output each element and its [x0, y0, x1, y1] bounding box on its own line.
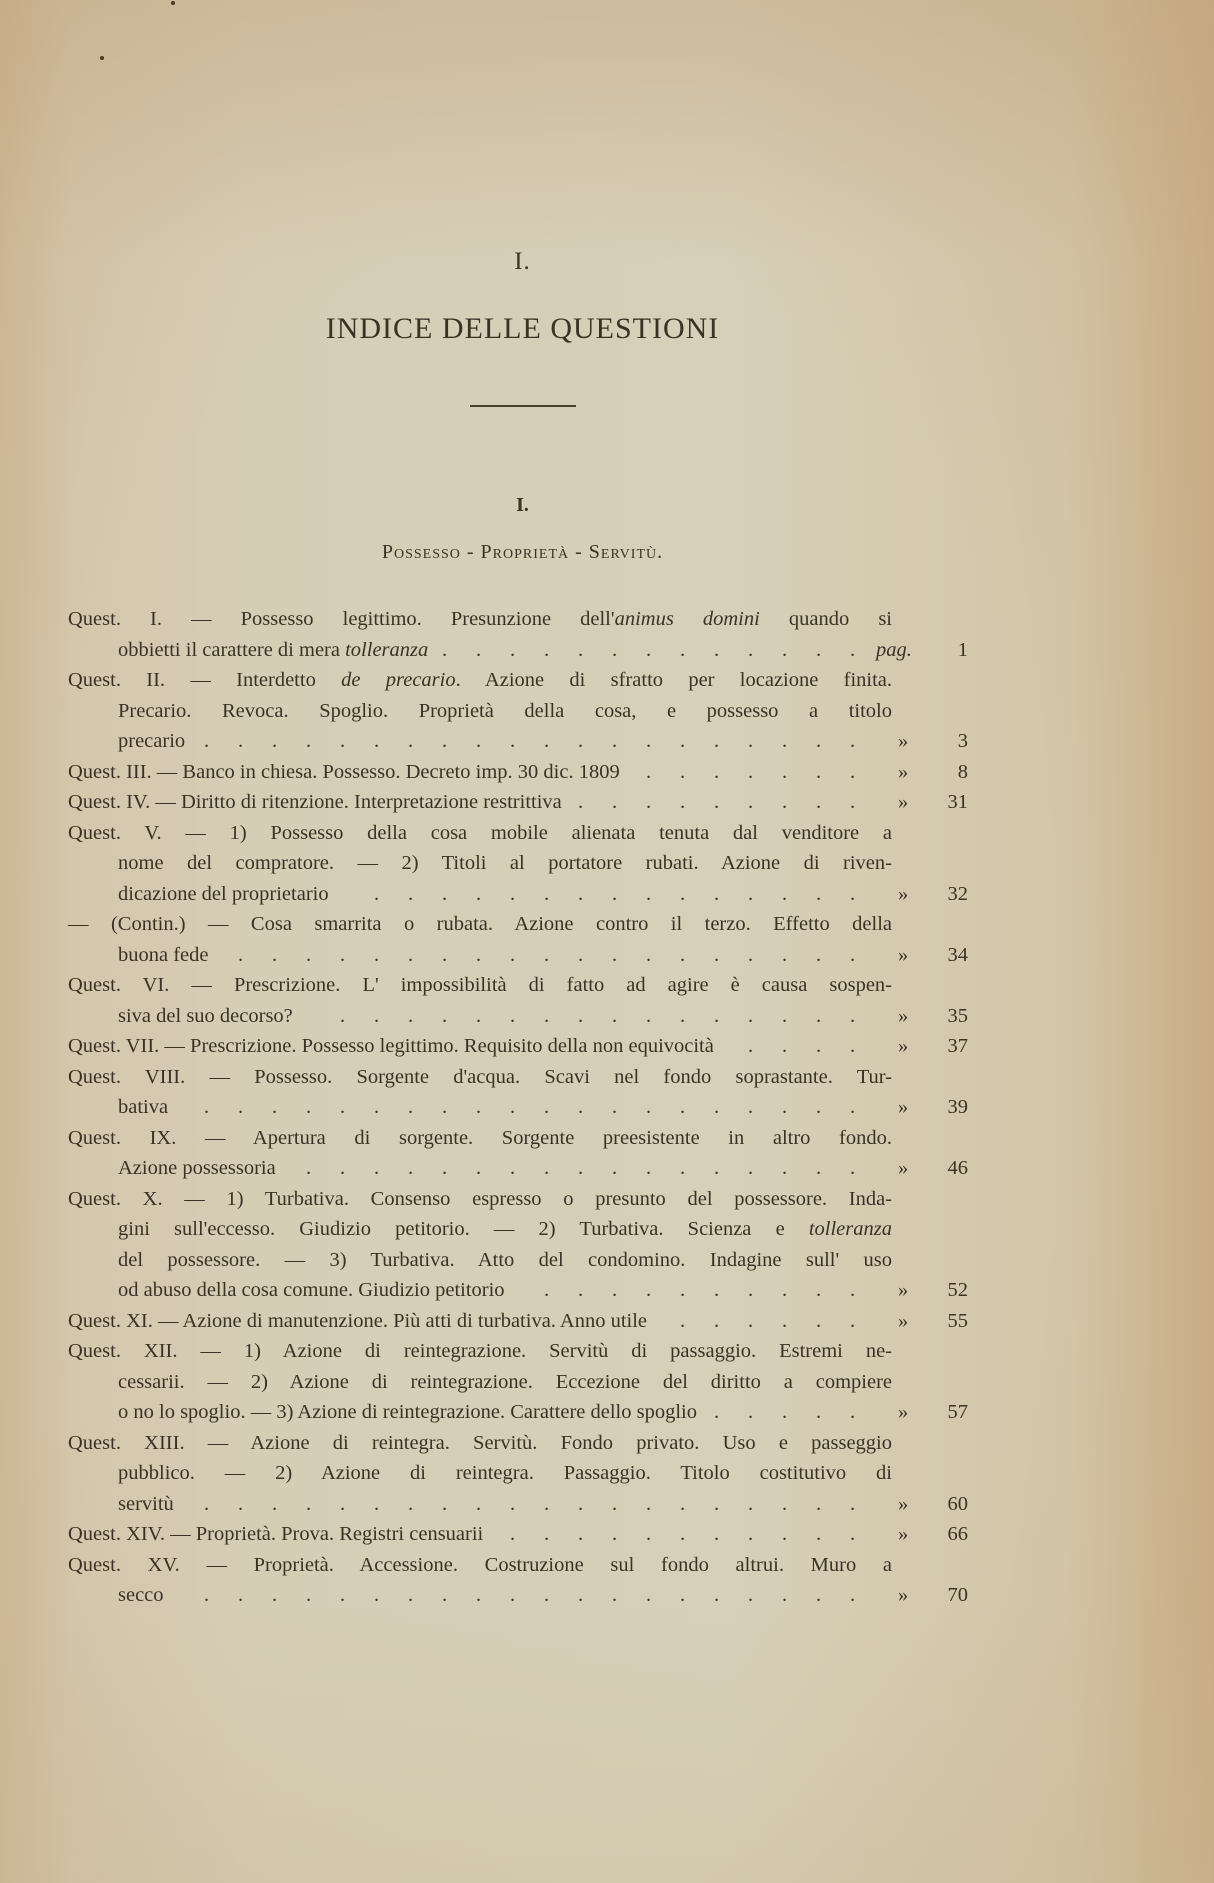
toc-entry-text: siva del suo decorso? — [118, 1001, 293, 1032]
page-number: 55 — [888, 1306, 968, 1337]
toc-entry-line: nome del compratore. — 2) Titoli al port… — [68, 848, 968, 879]
toc-entry-text: bativa — [118, 1092, 168, 1123]
toc-entry-line: od abuso della cosa comune. Giudizio pet… — [68, 1275, 968, 1306]
toc-entry-line: Precario. Revoca. Spoglio. Proprietà del… — [68, 696, 968, 727]
toc-entry-line: siva del suo decorso?................»35 — [68, 1001, 968, 1032]
page-number: 3 — [888, 726, 968, 757]
toc-entry-text: Quest. X. — 1) Turbativa. Consenso espre… — [68, 1184, 892, 1215]
page-number: 34 — [888, 940, 968, 971]
toc-entry-text: od abuso della cosa comune. Giudizio pet… — [118, 1275, 505, 1306]
toc-entry-text: servitù — [118, 1489, 174, 1520]
toc-entry-line: Azione possessoria.................»46 — [68, 1153, 968, 1184]
toc-entry-text: Quest. II. — Interdetto de precario. Azi… — [68, 665, 892, 696]
toc-entry-text: — (Contin.) — Cosa smarrita o rubata. Az… — [68, 909, 892, 940]
title-divider — [470, 405, 576, 407]
toc-entry-line: secco....................»70 — [68, 1580, 968, 1611]
toc-entry-line: Quest. XI. — Azione di manutenzione. Più… — [68, 1306, 968, 1337]
ink-speck — [171, 1, 175, 5]
toc-entry-text: buona fede — [118, 940, 209, 971]
toc-entry-line: Quest. IX. — Apertura di sorgente. Sorge… — [68, 1123, 968, 1154]
page-number: 32 — [888, 879, 968, 910]
toc-entry-text: Precario. Revoca. Spoglio. Proprietà del… — [118, 696, 892, 727]
toc-entry-text: cessarii. — 2) Azione di reintegrazione.… — [118, 1367, 892, 1398]
toc-entry-text: Quest. VII. — Prescrizione. Possesso leg… — [68, 1031, 714, 1062]
toc-entry-line: bativa....................»39 — [68, 1092, 968, 1123]
toc-entry-line: Quest. I. — Possesso legittimo. Presunzi… — [68, 604, 968, 635]
ink-speck — [100, 56, 104, 60]
toc-entry-text: gini sull'eccesso. Giudizio petitorio. —… — [118, 1214, 892, 1245]
toc-entry-line: Quest. XV. — Proprietà. Accessione. Cost… — [68, 1550, 968, 1581]
toc-entry-text: o no lo spoglio. — 3) Azione di reintegr… — [118, 1397, 697, 1428]
toc-entry-text: nome del compratore. — 2) Titoli al port… — [118, 848, 892, 879]
toc-entry-text: Quest. V. — 1) Possesso della cosa mobil… — [68, 818, 892, 849]
toc-entry-text: Quest. III. — Banco in chiesa. Possesso.… — [68, 757, 620, 788]
toc-entry-line: obbietti il carattere di mera tolleranza… — [68, 635, 968, 666]
section-title: Possesso - Proprietà - Servitù. — [0, 541, 1045, 564]
toc-entry-line: precario....................»3 — [68, 726, 968, 757]
toc-entry-line: buona fede...................»34 — [68, 940, 968, 971]
toc-entry-line: Quest. VIII. — Possesso. Sorgente d'acqu… — [68, 1062, 968, 1093]
toc-entry-text: secco — [118, 1580, 164, 1611]
chapter-numeral: I. — [0, 248, 1045, 276]
toc-entry-text: Quest. XV. — Proprietà. Accessione. Cost… — [68, 1550, 892, 1581]
toc-entry-line: dicazione del proprietario..............… — [68, 879, 968, 910]
toc-entry-text: Quest. IX. — Apertura di sorgente. Sorge… — [68, 1123, 892, 1154]
toc-entry-line: del possessore. — 3) Turbativa. Atto del… — [68, 1245, 968, 1276]
page-number: 37 — [888, 1031, 968, 1062]
toc-entry-text: Quest. XIII. — Azione di reintegra. Serv… — [68, 1428, 892, 1459]
section-numeral: I. — [0, 494, 1045, 517]
toc-entry-text: del possessore. — 3) Turbativa. Atto del… — [118, 1245, 892, 1276]
toc-entry-line: Quest. II. — Interdetto de precario. Azi… — [68, 665, 968, 696]
toc-entry-text: dicazione del proprietario — [118, 879, 329, 910]
toc-entry-line: Quest. XIII. — Azione di reintegra. Serv… — [68, 1428, 968, 1459]
toc-entry-text: Azione possessoria — [118, 1153, 276, 1184]
toc-entry-text: Quest. XIV. — Proprietà. Prova. Registri… — [68, 1519, 483, 1550]
toc-entry-line: Quest. XII. — 1) Azione di reintegrazion… — [68, 1336, 968, 1367]
page-number: 39 — [888, 1092, 968, 1123]
page-number: 1 — [888, 635, 968, 666]
toc-entry-text: Quest. XII. — 1) Azione di reintegrazion… — [68, 1336, 892, 1367]
table-of-contents: Quest. I. — Possesso legittimo. Presunzi… — [68, 604, 968, 1611]
toc-entry-line: servitù....................»60 — [68, 1489, 968, 1520]
toc-entry-text: pubblico. — 2) Azione di reintegra. Pass… — [118, 1458, 892, 1489]
toc-entry-text: obbietti il carattere di mera tolleranza — [118, 635, 428, 666]
page-number: 66 — [888, 1519, 968, 1550]
toc-entry-line: pubblico. — 2) Azione di reintegra. Pass… — [68, 1458, 968, 1489]
scanned-book-page: I. INDICE DELLE QUESTIONI I. Possesso - … — [0, 0, 1214, 1883]
toc-entry-line: Quest. IV. — Diritto di ritenzione. Inte… — [68, 787, 968, 818]
toc-entry-line: cessarii. — 2) Azione di reintegrazione.… — [68, 1367, 968, 1398]
page-number: 35 — [888, 1001, 968, 1032]
page-number: 60 — [888, 1489, 968, 1520]
toc-entry-line: Quest. V. — 1) Possesso della cosa mobil… — [68, 818, 968, 849]
toc-entry-text: Quest. VIII. — Possesso. Sorgente d'acqu… — [68, 1062, 892, 1093]
page-number: 8 — [888, 757, 968, 788]
toc-entry-line: Quest. III. — Banco in chiesa. Possesso.… — [68, 757, 968, 788]
toc-entry-line: Quest. X. — 1) Turbativa. Consenso espre… — [68, 1184, 968, 1215]
toc-entry-text: Quest. I. — Possesso legittimo. Presunzi… — [68, 604, 892, 635]
toc-entry-text: Quest. IV. — Diritto di ritenzione. Inte… — [68, 787, 562, 818]
page-title: INDICE DELLE QUESTIONI — [0, 312, 1045, 346]
toc-entry-text: Quest. XI. — Azione di manutenzione. Più… — [68, 1306, 647, 1337]
toc-entry-text: precario — [118, 726, 185, 757]
toc-entry-line: Quest. VI. — Prescrizione. L' impossibil… — [68, 970, 968, 1001]
page-number: 70 — [888, 1580, 968, 1611]
toc-entry-line: Quest. XIV. — Proprietà. Prova. Registri… — [68, 1519, 968, 1550]
toc-entry-text: Quest. VI. — Prescrizione. L' impossibil… — [68, 970, 892, 1001]
page-number: 46 — [888, 1153, 968, 1184]
toc-entry-line: o no lo spoglio. — 3) Azione di reintegr… — [68, 1397, 968, 1428]
toc-entry-line: Quest. VII. — Prescrizione. Possesso leg… — [68, 1031, 968, 1062]
toc-entry-line: — (Contin.) — Cosa smarrita o rubata. Az… — [68, 909, 968, 940]
toc-entry-line: gini sull'eccesso. Giudizio petitorio. —… — [68, 1214, 968, 1245]
page-number: 31 — [888, 787, 968, 818]
page-number: 52 — [888, 1275, 968, 1306]
page-number: 57 — [888, 1397, 968, 1428]
